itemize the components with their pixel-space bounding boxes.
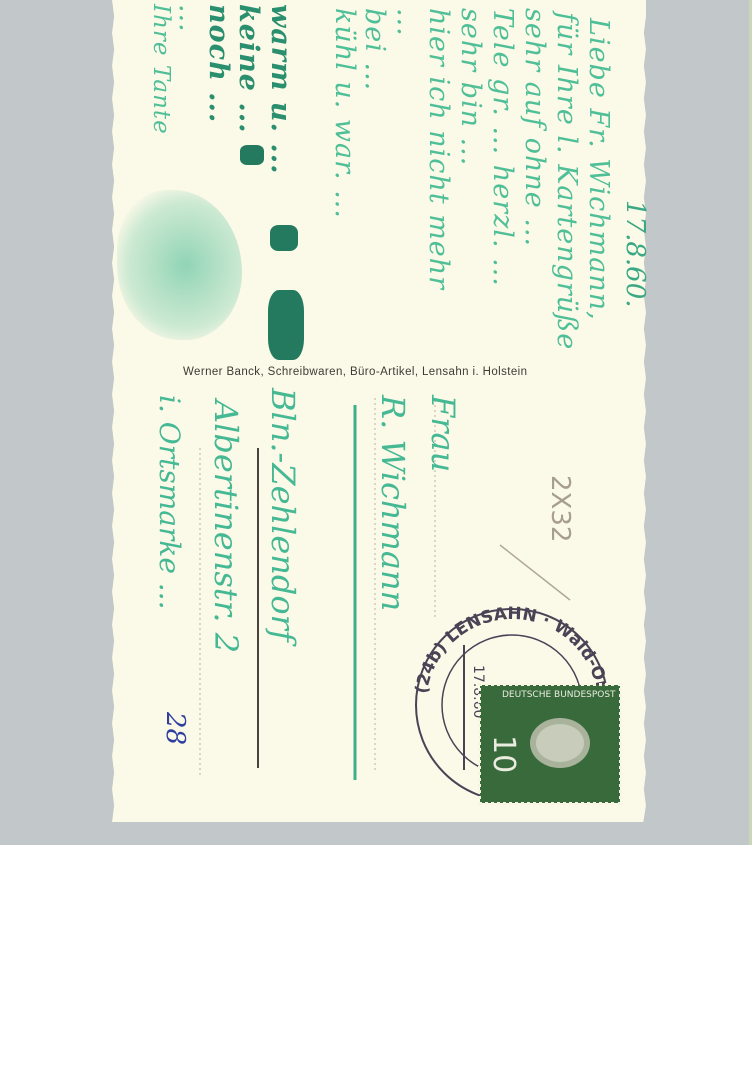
svg-text:10: 10 xyxy=(486,735,521,773)
address-extra: i. Ortsmarke ... xyxy=(153,395,186,609)
address-name: R. Wichmann xyxy=(374,395,412,611)
address-street: Albertinenstr. 2 xyxy=(207,400,245,653)
postage-stamp: 10 DEUTSCHE BUNDESPOST xyxy=(480,685,620,803)
pencil-annotation: 2X32 xyxy=(545,475,575,542)
blue-ink-number: 28 xyxy=(160,712,190,745)
svg-text:DEUTSCHE BUNDESPOST: DEUTSCHE BUNDESPOST xyxy=(502,690,616,700)
address-salutation: Frau xyxy=(424,395,462,472)
address-city: Bln.-Zehlendorf xyxy=(264,388,302,642)
